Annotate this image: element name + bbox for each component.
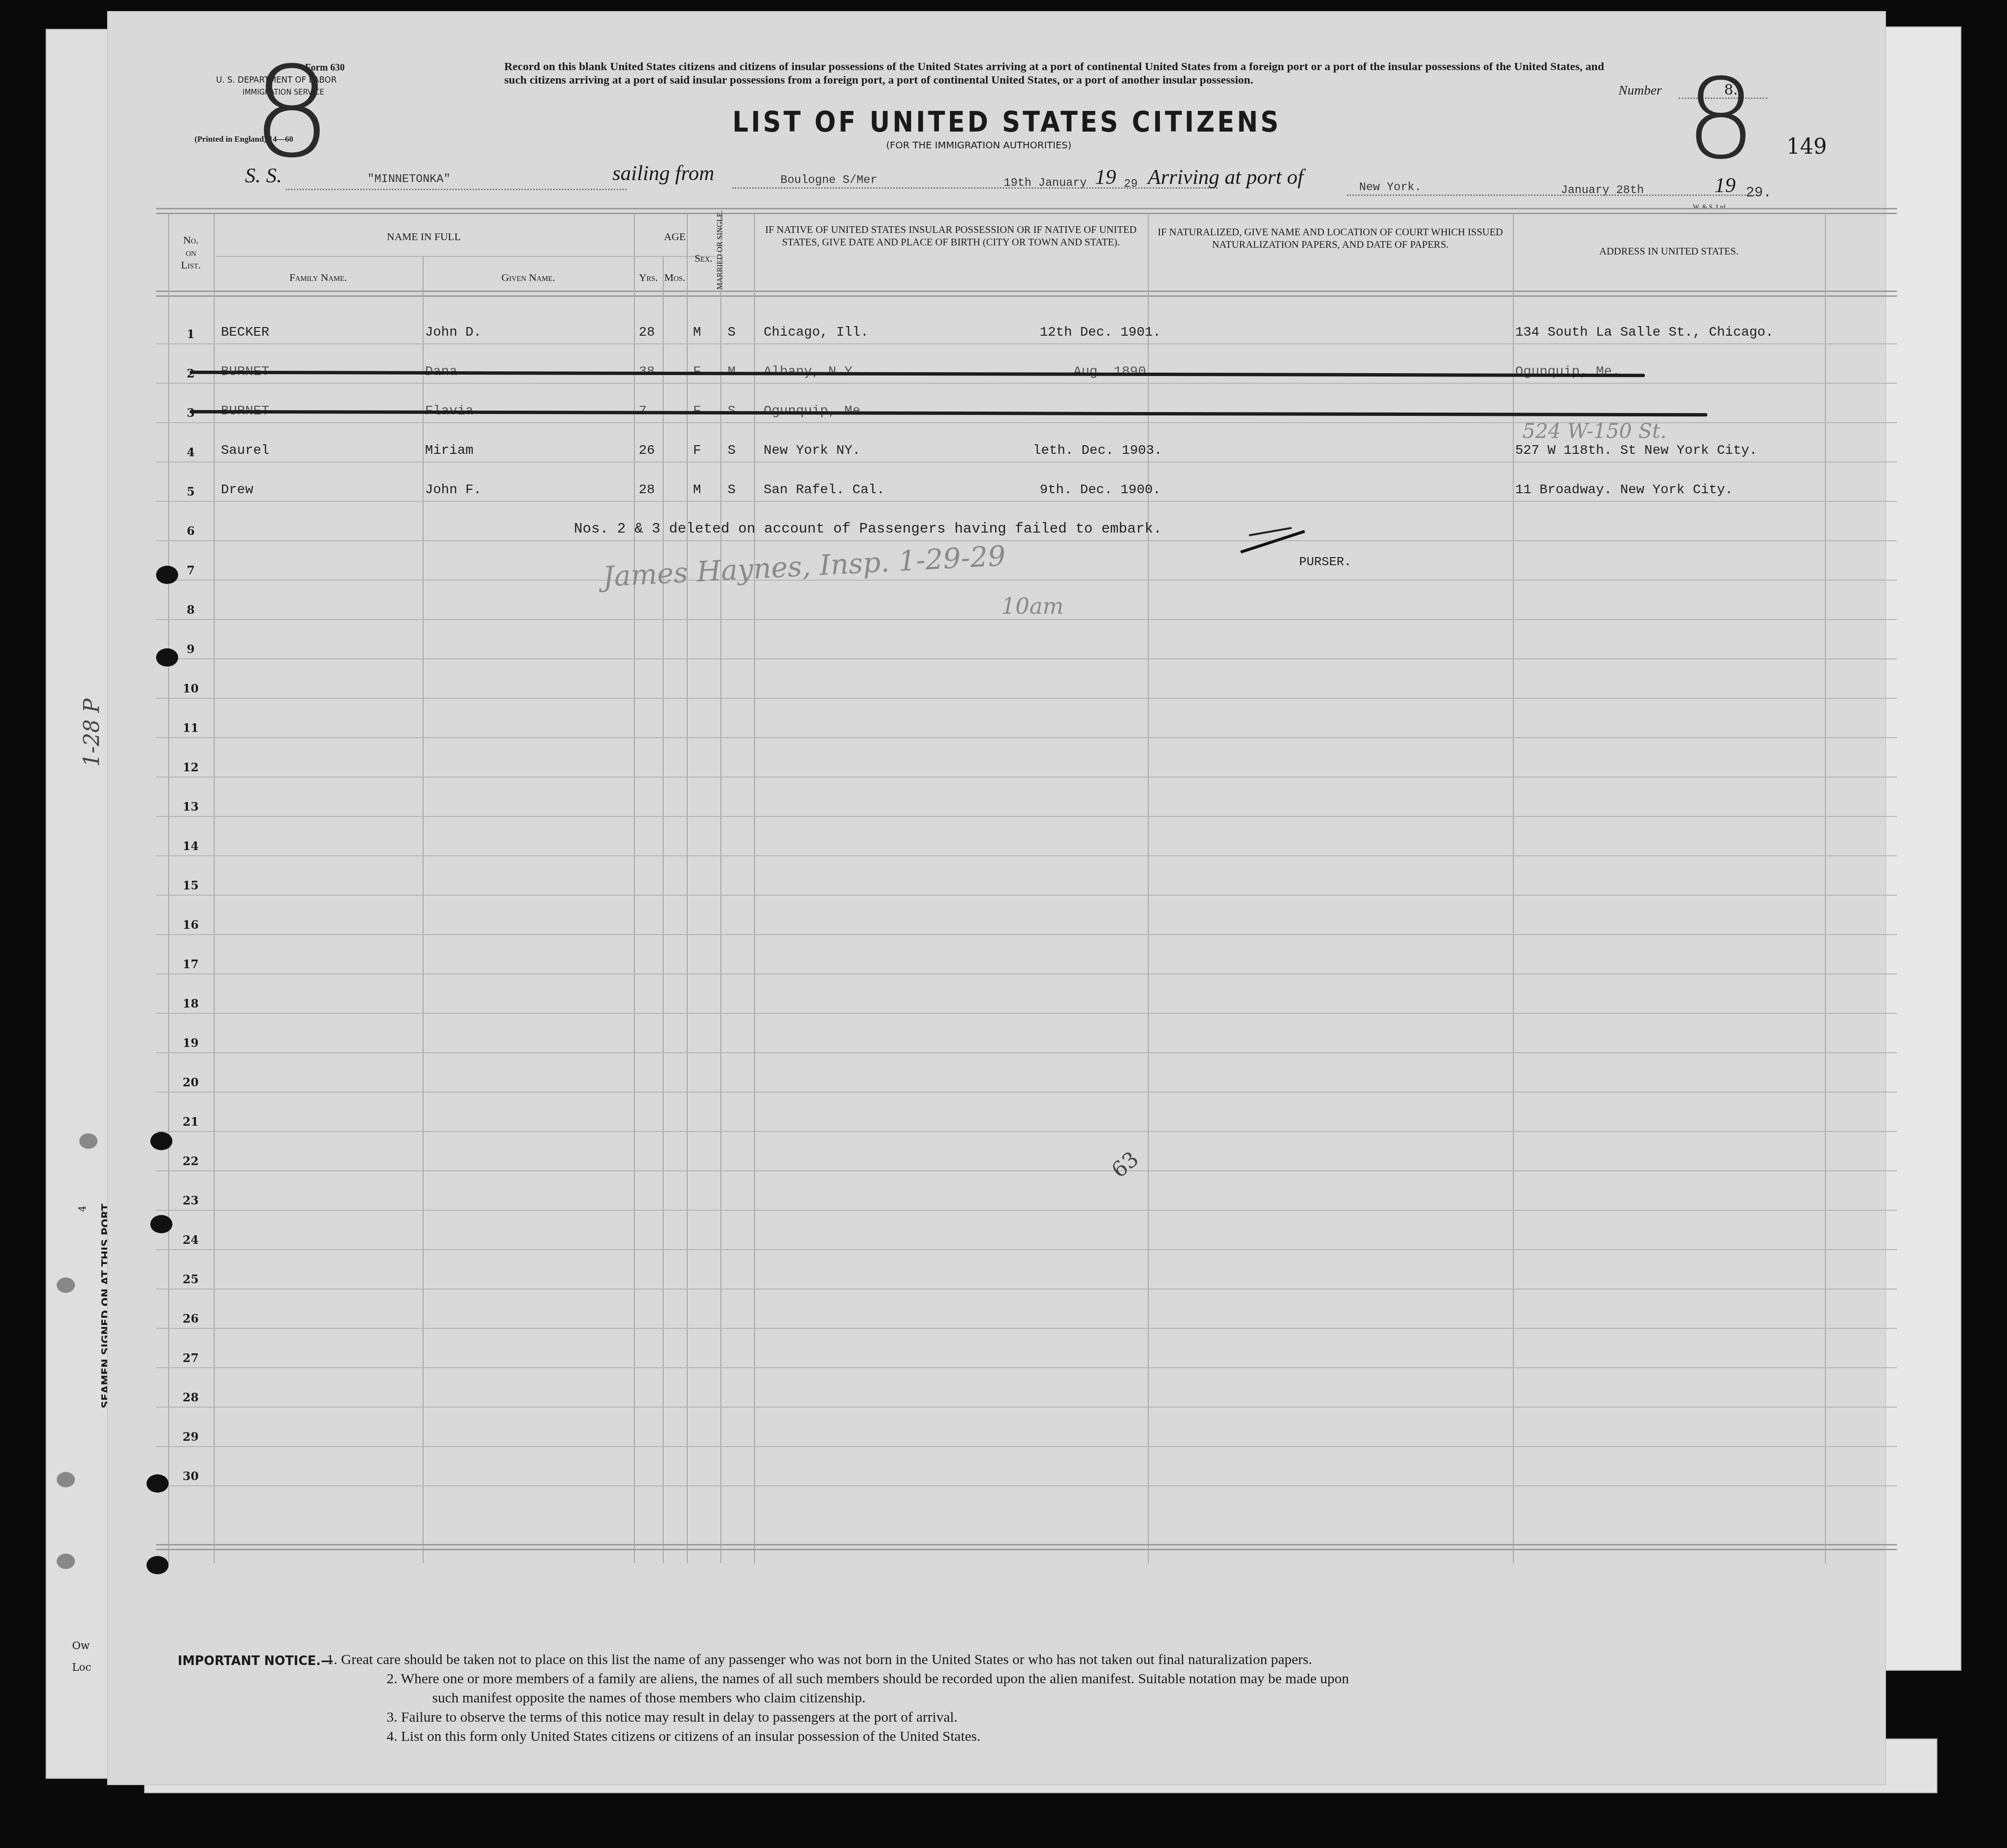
departure-year-prefix: 19 (1095, 165, 1116, 189)
row-rule (156, 501, 1897, 502)
col-header-name-in-full: NAME IN FULL (214, 231, 634, 243)
row-rule (156, 619, 1897, 620)
manifest-page: Form 630 U. S. DEPARTMENT OF LABOR IMMIG… (108, 12, 1885, 1784)
cell-family: Drew (221, 483, 253, 498)
punch-hole-back (57, 1554, 75, 1569)
col-header-no-line2: on (168, 246, 214, 259)
row-number: 27 (176, 1351, 205, 1365)
cell-family: Saurel (221, 443, 269, 458)
cell-given: John F. (425, 483, 482, 498)
row-number: 15 (176, 878, 205, 892)
purser-signature-mark-2 (1249, 527, 1291, 536)
bottom-left-loc: Loc (72, 1662, 91, 1674)
col-header-mos: Mos. (663, 271, 687, 284)
row-number: 30 (176, 1469, 205, 1483)
cell-marital: S (728, 483, 736, 498)
departure-line (732, 187, 1217, 189)
row-rule (156, 383, 1897, 384)
row-number: 4 (176, 445, 205, 459)
row-rule (156, 1131, 1897, 1132)
side-number: 4 (76, 1206, 88, 1212)
purser-label: PURSER. (1299, 555, 1351, 569)
row-number: 12 (176, 760, 205, 774)
handwritten-number-left: 8 (252, 50, 331, 175)
col-header-no-line1: No. (168, 234, 214, 246)
punch-hole (146, 1556, 169, 1574)
notice-item-4: 4. List on this form only United States … (387, 1727, 980, 1746)
row-rule (156, 855, 1897, 856)
col-header-yrs: Yrs. (634, 271, 663, 284)
ss-label: S. S. (245, 163, 282, 188)
row-rule (156, 343, 1897, 344)
cell-address: 11 Broadway. New York City. (1515, 483, 1733, 498)
notice-item-2: 2. Where one or more members of a family… (387, 1670, 1923, 1688)
page-stamp: 149 (1787, 134, 1827, 159)
cell-marital: S (728, 443, 736, 458)
arrival-date: January 28th (1561, 184, 1644, 197)
cell-sex: F (693, 443, 701, 458)
cell-birthplace: San Rafel. Cal. (764, 483, 885, 498)
row-number: 9 (176, 642, 205, 656)
number-label: Number (1618, 83, 1662, 98)
cell-family: BECKER (221, 325, 269, 340)
departure-port: Boulogne S/Mer (780, 174, 877, 187)
arrival-year: 29. (1746, 185, 1772, 201)
cell-sex: M (693, 483, 701, 498)
punch-hole (156, 648, 178, 667)
cell-birthdate: leth. Dec. 1903. (1033, 443, 1162, 458)
sailing-label: sailing from (612, 161, 714, 185)
row-rule (156, 1092, 1897, 1093)
table-bottom-rule-2 (156, 1549, 1897, 1550)
address-correction: 524 W-150 St. (1522, 419, 1666, 443)
row-number: 25 (176, 1272, 205, 1286)
row-rule (156, 580, 1897, 581)
row-rule (156, 934, 1897, 935)
cell-given: John D. (425, 325, 482, 340)
col-header-no: No. on List. (168, 234, 214, 271)
punch-hole-back (57, 1277, 75, 1293)
row-rule (156, 698, 1897, 699)
row-number: 19 (176, 1036, 205, 1050)
cell-age: 28 (639, 483, 655, 498)
row-number: 1 (176, 327, 205, 341)
row-number: 8 (176, 603, 205, 617)
col-header-naturalized: IF NATURALIZED, GIVE NAME AND LOCATION O… (1153, 226, 1508, 251)
page-title: LIST OF UNITED STATES CITIZENS (732, 106, 1281, 138)
notice-item-3: 3. Failure to observe the terms of this … (387, 1708, 958, 1726)
cell-birthdate: 12th Dec. 1901. (1040, 325, 1161, 340)
row-rule (156, 816, 1897, 817)
row-rule (156, 1210, 1897, 1211)
row-number: 17 (176, 957, 205, 971)
row-rule (156, 1328, 1897, 1329)
cell-birthplace: New York NY. (764, 443, 861, 458)
cell-birthdate: 9th. Dec. 1900. (1040, 483, 1161, 498)
col-header-family-name: Family Name. (214, 271, 423, 284)
row-number: 21 (176, 1115, 205, 1129)
cell-birthplace: Chicago, Ill. (764, 325, 868, 340)
side-handwriting: 1-28 P (80, 698, 104, 766)
row-number: 16 (176, 918, 205, 932)
deletion-note: Nos. 2 & 3 deleted on account of Passeng… (574, 521, 1162, 537)
arrival-line (1347, 195, 1760, 196)
row-number: 11 (176, 721, 205, 735)
punch-hole (150, 1215, 172, 1233)
cell-age: 26 (639, 443, 655, 458)
col-line (754, 214, 755, 1563)
punch-hole (146, 1474, 169, 1493)
header-top-rule (156, 208, 1897, 209)
col-line (168, 214, 169, 1563)
departure-date: 19th January (1004, 177, 1087, 190)
deletion-strikethrough (190, 371, 1645, 377)
punch-hole-back (57, 1472, 75, 1487)
row-number: 26 (176, 1312, 205, 1325)
row-rule (156, 1052, 1897, 1053)
col-line (634, 214, 635, 1563)
row-rule (156, 1446, 1897, 1447)
notice-heading: IMPORTANT NOTICE.— (178, 1652, 333, 1670)
row-rule (156, 895, 1897, 896)
notice-item-2-cont: such manifest opposite the names of thos… (432, 1689, 865, 1707)
row-number: 18 (176, 997, 205, 1010)
row-number: 5 (176, 485, 205, 498)
col-line (1513, 214, 1514, 1563)
cell-birthdate: Aug. 1890. (1073, 365, 1154, 379)
name-age-subrule (216, 256, 716, 257)
header-top-rule-2 (156, 213, 1897, 214)
row-rule (156, 973, 1897, 974)
cell-given: Miriam (425, 443, 474, 458)
col-header-given-name: Given Name. (423, 271, 634, 284)
deletion-strikethrough (190, 410, 1707, 417)
departure-year: 29 (1124, 178, 1138, 191)
col-line (1825, 214, 1826, 1563)
row-rule (156, 1407, 1897, 1408)
cell-sex: M (693, 325, 701, 340)
row-rule (156, 658, 1897, 659)
cell-address: 527 W 118th. St New York City. (1515, 443, 1757, 458)
bottom-left-ow: Ow (72, 1640, 90, 1652)
row-number: 6 (176, 524, 205, 538)
punch-hole (150, 1132, 172, 1150)
table-bottom-rule (156, 1544, 1897, 1545)
row-number: 10 (176, 681, 205, 695)
cell-address: 134 South La Salle St., Chicago. (1515, 325, 1774, 340)
col-line (214, 214, 215, 1563)
col-line (720, 214, 721, 1563)
row-number: 28 (176, 1390, 205, 1404)
row-rule (156, 1249, 1897, 1250)
col-header-no-line3: List. (168, 259, 214, 271)
number-handwritten: 8 (1686, 65, 1756, 175)
row-number: 24 (176, 1233, 205, 1247)
arriving-label: Arriving at port of (1148, 165, 1303, 189)
col-line (687, 214, 688, 1563)
row-rule (156, 1170, 1897, 1171)
row-number: 22 (176, 1154, 205, 1168)
header-bottom-rule-2 (156, 295, 1897, 297)
punch-hole (156, 566, 178, 584)
row-rule (156, 462, 1897, 462)
row-number: 29 (176, 1430, 205, 1444)
inspector-time: 10am (1001, 593, 1064, 619)
col-header-age: AGE (634, 231, 716, 243)
arrival-year-prefix: 19 (1715, 173, 1736, 197)
col-header-birth: IF NATIVE OF UNITED STATES INSULAR POSSE… (759, 223, 1143, 248)
row-number: 20 (176, 1075, 205, 1089)
row-number: 13 (176, 800, 205, 814)
instructions: Record on this blank United States citiz… (504, 60, 1604, 87)
row-rule (156, 777, 1897, 778)
row-rule (156, 1367, 1897, 1368)
header-bottom-rule (156, 291, 1897, 292)
row-rule (156, 1485, 1897, 1486)
ship-line (286, 189, 627, 190)
row-rule (156, 737, 1897, 738)
purser-signature-mark (1240, 530, 1305, 554)
stamp-number: 63 (1107, 1147, 1143, 1183)
punch-hole-back (79, 1133, 97, 1149)
col-header-married-single: Married or Single. (714, 213, 727, 290)
notice-item-1: 1. Great care should be taken not to pla… (327, 1651, 1911, 1669)
row-number: 14 (176, 839, 205, 853)
cell-address: Ogunquip, Me. (1515, 365, 1620, 379)
col-header-address: ADDRESS IN UNITED STATES. (1513, 245, 1825, 257)
page-subtitle: (FOR THE IMMIGRATION AUTHORITIES) (886, 139, 1071, 151)
row-rule (156, 1289, 1897, 1289)
row-rule (156, 1013, 1897, 1014)
col-line (1148, 214, 1149, 1563)
row-rule (156, 540, 1897, 541)
cell-marital: S (728, 325, 736, 340)
cell-age: 28 (639, 325, 655, 340)
ship-name: "MINNETONKA" (367, 173, 450, 186)
row-number: 23 (176, 1193, 205, 1207)
arrival-port: New York. (1359, 181, 1422, 194)
row-number: 7 (176, 563, 205, 577)
